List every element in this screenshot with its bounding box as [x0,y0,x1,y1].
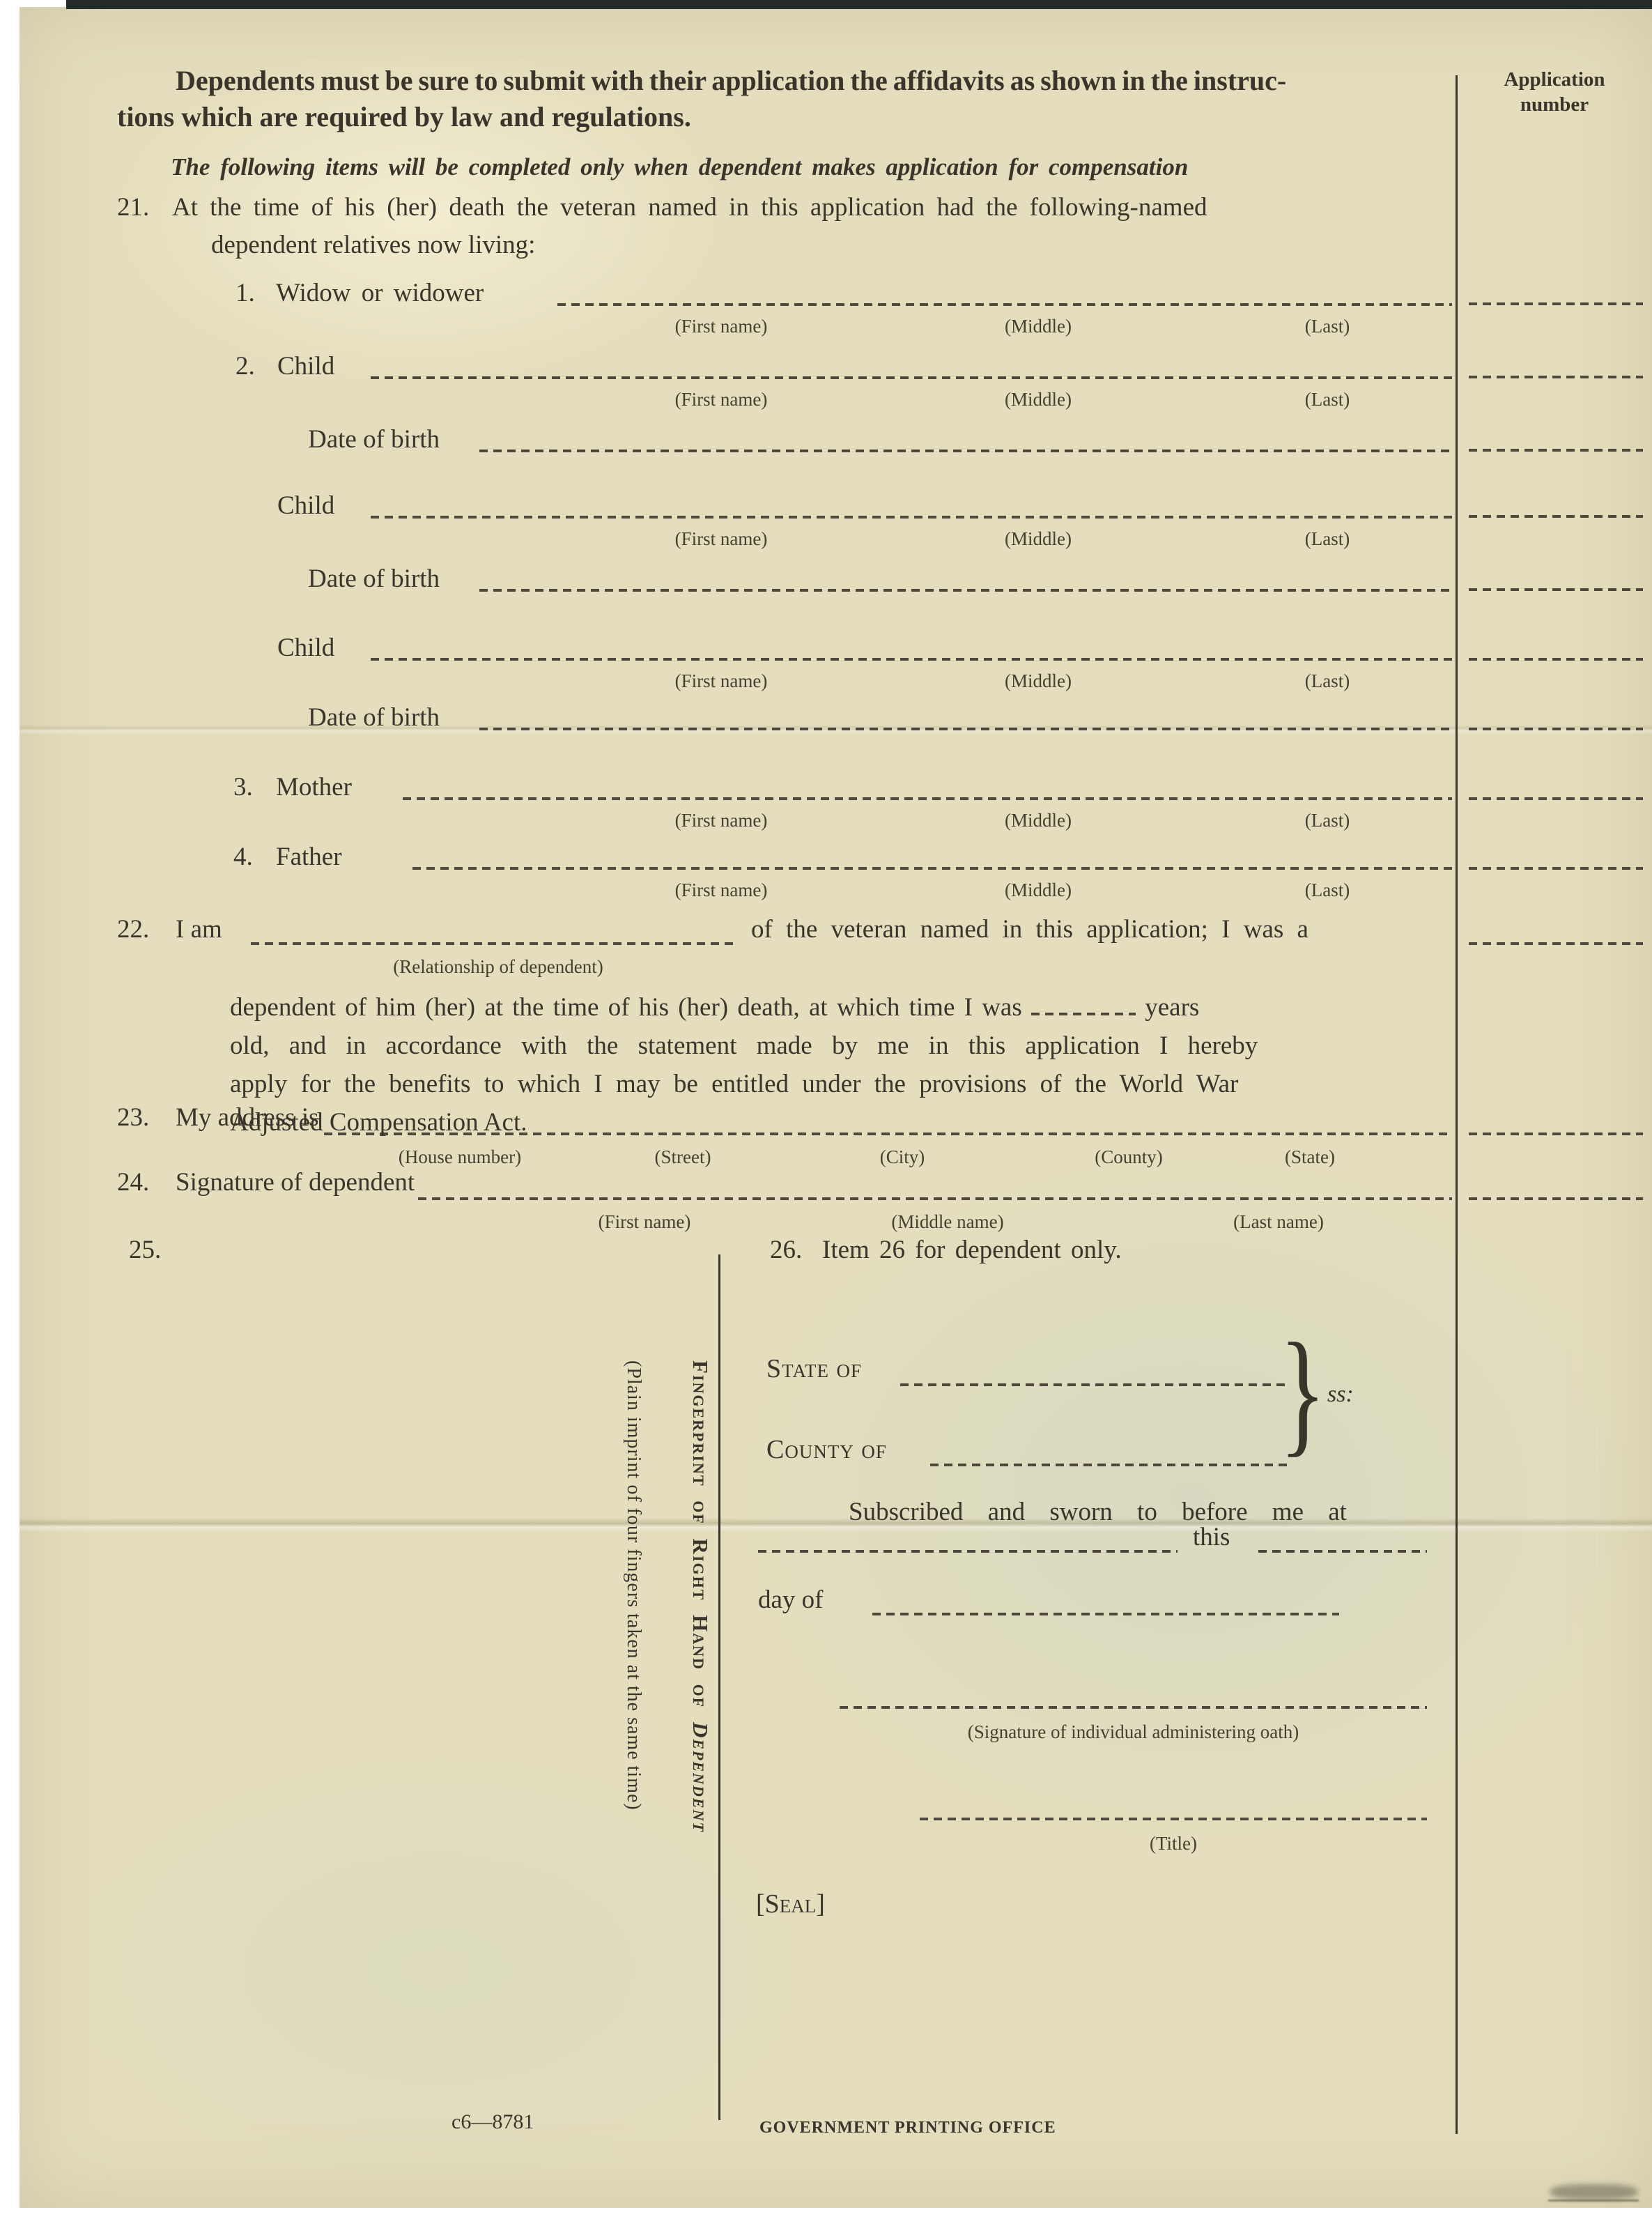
item23-number: 23. [117,1103,149,1132]
oath-signature-caption: (Signature of individual administering o… [840,1721,1427,1743]
child3-name-line[interactable] [371,658,1452,661]
mother-first-name-caption: (First name) [631,810,812,831]
row-child3-label: Child [277,633,334,663]
row-widow-label: Widow or widower [276,278,484,308]
child3-first-name-caption: (First name) [631,670,812,692]
item23-label: My address is [176,1103,319,1132]
signature-first-name-caption: (First name) [554,1211,735,1233]
item22-line2: dependent of him (her) at the time of hi… [230,992,1199,1022]
item21-text-line2: dependent relatives now living: [211,230,535,260]
child1-last-caption: (Last) [1237,389,1418,410]
address-city-caption: (City) [812,1146,993,1168]
address-county-caption: (County) [1038,1146,1219,1168]
form-edition-number: c6—8781 [451,2110,534,2134]
county-of-label: County of [766,1434,887,1465]
item22-line2-text-b: years [1145,993,1199,1022]
application-number-line[interactable] [1469,942,1643,945]
father-middle-caption: (Middle) [948,880,1129,901]
item25-item26-divider-rule [718,1254,720,2120]
scan-edge-strip [66,0,1652,9]
child3-dob-line[interactable] [479,728,1452,730]
ink-smudge [1550,2184,1637,2199]
application-number-line[interactable] [1469,302,1643,305]
item22-line3: old, and in accordance with the statemen… [230,1031,1258,1061]
father-first-name-caption: (First name) [631,880,812,901]
signature-middle-name-caption: (Middle name) [857,1211,1038,1233]
row-father-label: Father [276,842,342,872]
row-widow-number: 1. [236,278,255,308]
item22-line4: apply for the benefits to which I may be… [230,1069,1238,1099]
address-state-caption: (State) [1219,1146,1400,1168]
child1-name-line[interactable] [371,376,1452,379]
child1-dob-line[interactable] [479,450,1452,452]
application-number-line[interactable] [1469,588,1643,591]
state-of-label: State of [766,1353,862,1384]
item26-number: 26. [770,1235,802,1265]
row-dob1-label: Date of birth [308,424,440,454]
application-number-line[interactable] [1469,797,1643,800]
age-blank-line[interactable] [1031,1013,1136,1015]
application-number-line[interactable] [1469,515,1643,518]
row-dob3-label: Date of birth [308,702,440,732]
application-number-line[interactable] [1469,728,1643,730]
mother-last-caption: (Last) [1237,810,1418,831]
fingerprint-heading-dependent: Dependent [688,1722,713,1833]
scanned-form-page: Application number Dependents must be su… [0,0,1652,2219]
state-blank-line[interactable] [900,1383,1288,1386]
item25-number: 25. [129,1235,161,1265]
fingerprint-heading: Fingerprint of Right Hand of Dependent [688,1360,713,2029]
row-child1-number: 2. [236,351,255,381]
child2-last-caption: (Last) [1237,528,1418,550]
dependent-signature-line[interactable] [418,1197,1452,1200]
address-street-caption: (Street) [592,1146,773,1168]
child2-dob-line[interactable] [479,589,1452,592]
mother-middle-caption: (Middle) [948,810,1129,831]
child2-middle-caption: (Middle) [948,528,1129,550]
child2-first-name-caption: (First name) [631,528,812,550]
this-word: this [1193,1522,1230,1552]
day-of-label: day of [758,1585,824,1615]
row-dob2-label: Date of birth [308,564,440,594]
county-blank-line[interactable] [930,1464,1288,1466]
item22-number: 22. [117,914,149,944]
father-name-line[interactable] [412,867,1452,870]
widow-middle-caption: (Middle) [948,316,1129,337]
relationship-blank-line[interactable] [251,942,733,945]
widow-name-line[interactable] [557,303,1452,306]
ss-brace: } [1279,1323,1326,1462]
row-father-number: 4. [233,842,253,872]
child1-first-name-caption: (First name) [631,389,812,410]
widow-first-name-caption: (First name) [631,316,812,337]
item22-lead: I am [176,914,222,944]
application-number-line[interactable] [1469,658,1643,661]
father-last-caption: (Last) [1237,880,1418,901]
application-number-column-rule [1456,75,1458,2134]
mother-name-line[interactable] [403,797,1452,800]
application-number-line[interactable] [1469,1197,1643,1200]
oath-title-caption: (Title) [920,1833,1427,1855]
application-number-line[interactable] [1469,1132,1643,1135]
signature-last-name-caption: (Last name) [1188,1211,1369,1233]
gpo-imprint: GOVERNMENT PRINTING OFFICE [759,2119,1056,2137]
row-child1-label: Child [277,351,334,381]
child3-middle-caption: (Middle) [948,670,1129,692]
child2-name-line[interactable] [371,516,1452,519]
item24-number: 24. [117,1167,149,1197]
intro-paragraph-line1: Dependents must be sure to submit with t… [176,64,1286,97]
relationship-caption: (Relationship of dependent) [352,956,644,978]
item24-label: Signature of dependent [176,1167,415,1197]
seal-label: [Seal] [756,1889,825,1919]
item22-line2-text-a: dependent of him (her) at the time of hi… [230,993,1022,1022]
intro-paragraph-line2: tions which are required by law and regu… [117,100,691,133]
application-number-header-line1: Application [1463,68,1646,91]
child1-middle-caption: (Middle) [948,389,1129,410]
row-child2-label: Child [277,491,334,521]
application-number-header-line2: number [1463,93,1646,116]
ink-smudge-underline [1548,2199,1639,2202]
item21-number: 21. [117,192,149,222]
application-number-line[interactable] [1469,867,1643,870]
address-line[interactable] [324,1132,1452,1135]
widow-last-caption: (Last) [1237,316,1418,337]
ss-label: ss: [1327,1381,1354,1408]
item26-title: Item 26 for dependent only. [822,1235,1122,1265]
item21-text-line1: At the time of his (her) death the veter… [172,192,1207,222]
application-number-line[interactable] [1469,376,1643,378]
application-number-line[interactable] [1469,449,1643,452]
row-mother-number: 3. [233,772,253,802]
row-mother-label: Mother [276,772,352,802]
child3-last-caption: (Last) [1237,670,1418,692]
fingerprint-caption-block: Fingerprint of Right Hand of Dependent (… [622,1360,713,2029]
oath-title-line[interactable] [920,1818,1427,1820]
sworn-place-line[interactable] [758,1550,1178,1553]
subscribed-sworn-text: Subscribed and sworn to before me at [849,1497,1347,1527]
oath-signature-line[interactable] [840,1706,1427,1709]
fingerprint-heading-text: Fingerprint of Right Hand of [688,1360,713,1722]
address-house-number-caption: (House number) [369,1146,550,1168]
month-blank-line[interactable] [872,1613,1339,1615]
item22-after-blank-text: of the veteran named in this application… [751,914,1309,944]
intro-italic-note: The following items will be completed on… [171,153,1188,181]
fingerprint-subtitle: (Plain imprint of four fingers taken at … [622,1360,678,2029]
sworn-date-line[interactable] [1258,1550,1427,1553]
